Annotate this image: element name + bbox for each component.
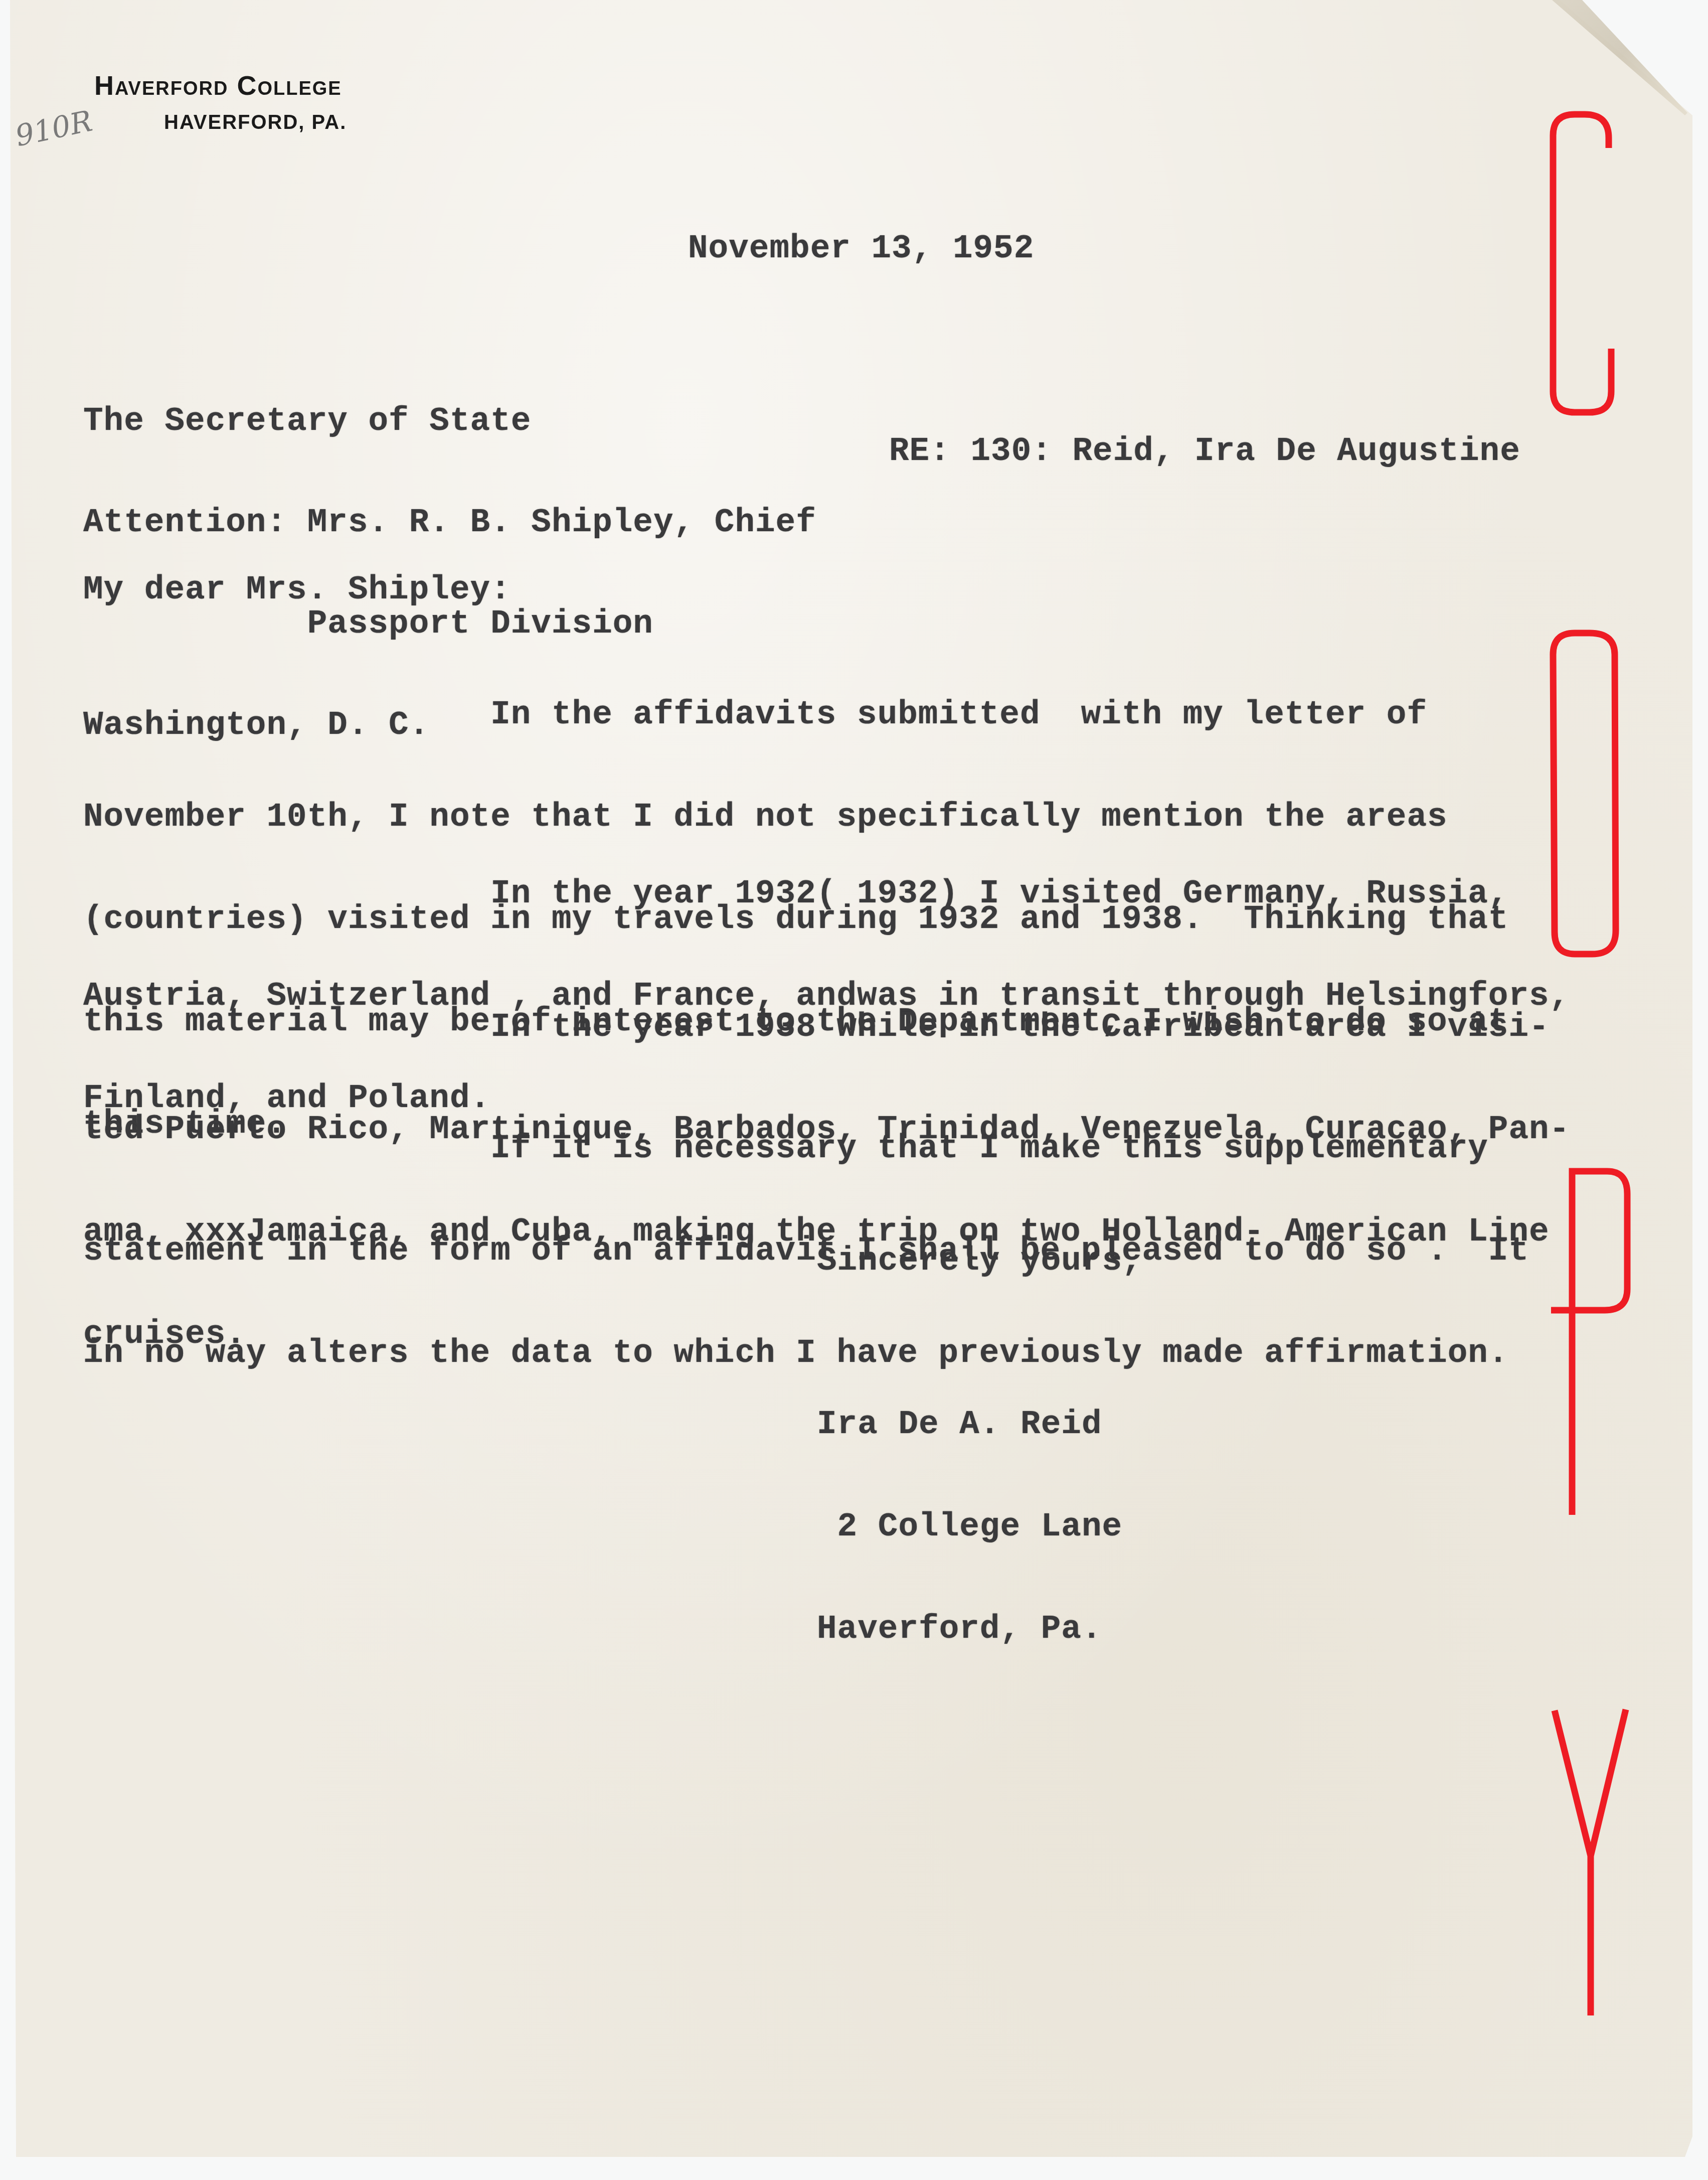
- reference-line: RE: 130: Reid, Ira De Augustine: [889, 434, 1520, 469]
- salutation: My dear Mrs. Shipley:: [83, 573, 511, 607]
- body-paragraph: If it is necessary that I make this supp…: [83, 1063, 1529, 1405]
- signature-name: Ira De A. Reid: [817, 1408, 1122, 1442]
- address-line: Attention: Mrs. R. B. Shipley, Chief: [83, 506, 816, 539]
- body-line: In the affidavits submitted with my lett…: [83, 698, 1508, 732]
- closing: Sincerely yours,: [817, 1244, 1143, 1278]
- signature-block: Ira De A. Reid 2 College Lane Haverford,…: [817, 1339, 1122, 1680]
- letterhead-institution: Haverford College: [94, 70, 342, 101]
- body-line: statement in the form of an affidavit I …: [83, 1234, 1529, 1268]
- letterhead-location: HAVERFORD, PA.: [164, 111, 347, 134]
- signature-city: Haverford, Pa.: [817, 1612, 1122, 1646]
- letter-date: November 13, 1952: [688, 232, 1034, 266]
- body-line: In the year 1938 while in the Carribean …: [83, 1010, 1570, 1044]
- body-line: In the year 1932( 1932) I visited German…: [83, 877, 1570, 911]
- body-line: If it is necessary that I make this supp…: [83, 1132, 1529, 1166]
- signature-street: 2 College Lane: [817, 1510, 1122, 1544]
- address-line: The Secretary of State: [83, 404, 816, 437]
- body-line: in no way alters the data to which I hav…: [83, 1336, 1529, 1370]
